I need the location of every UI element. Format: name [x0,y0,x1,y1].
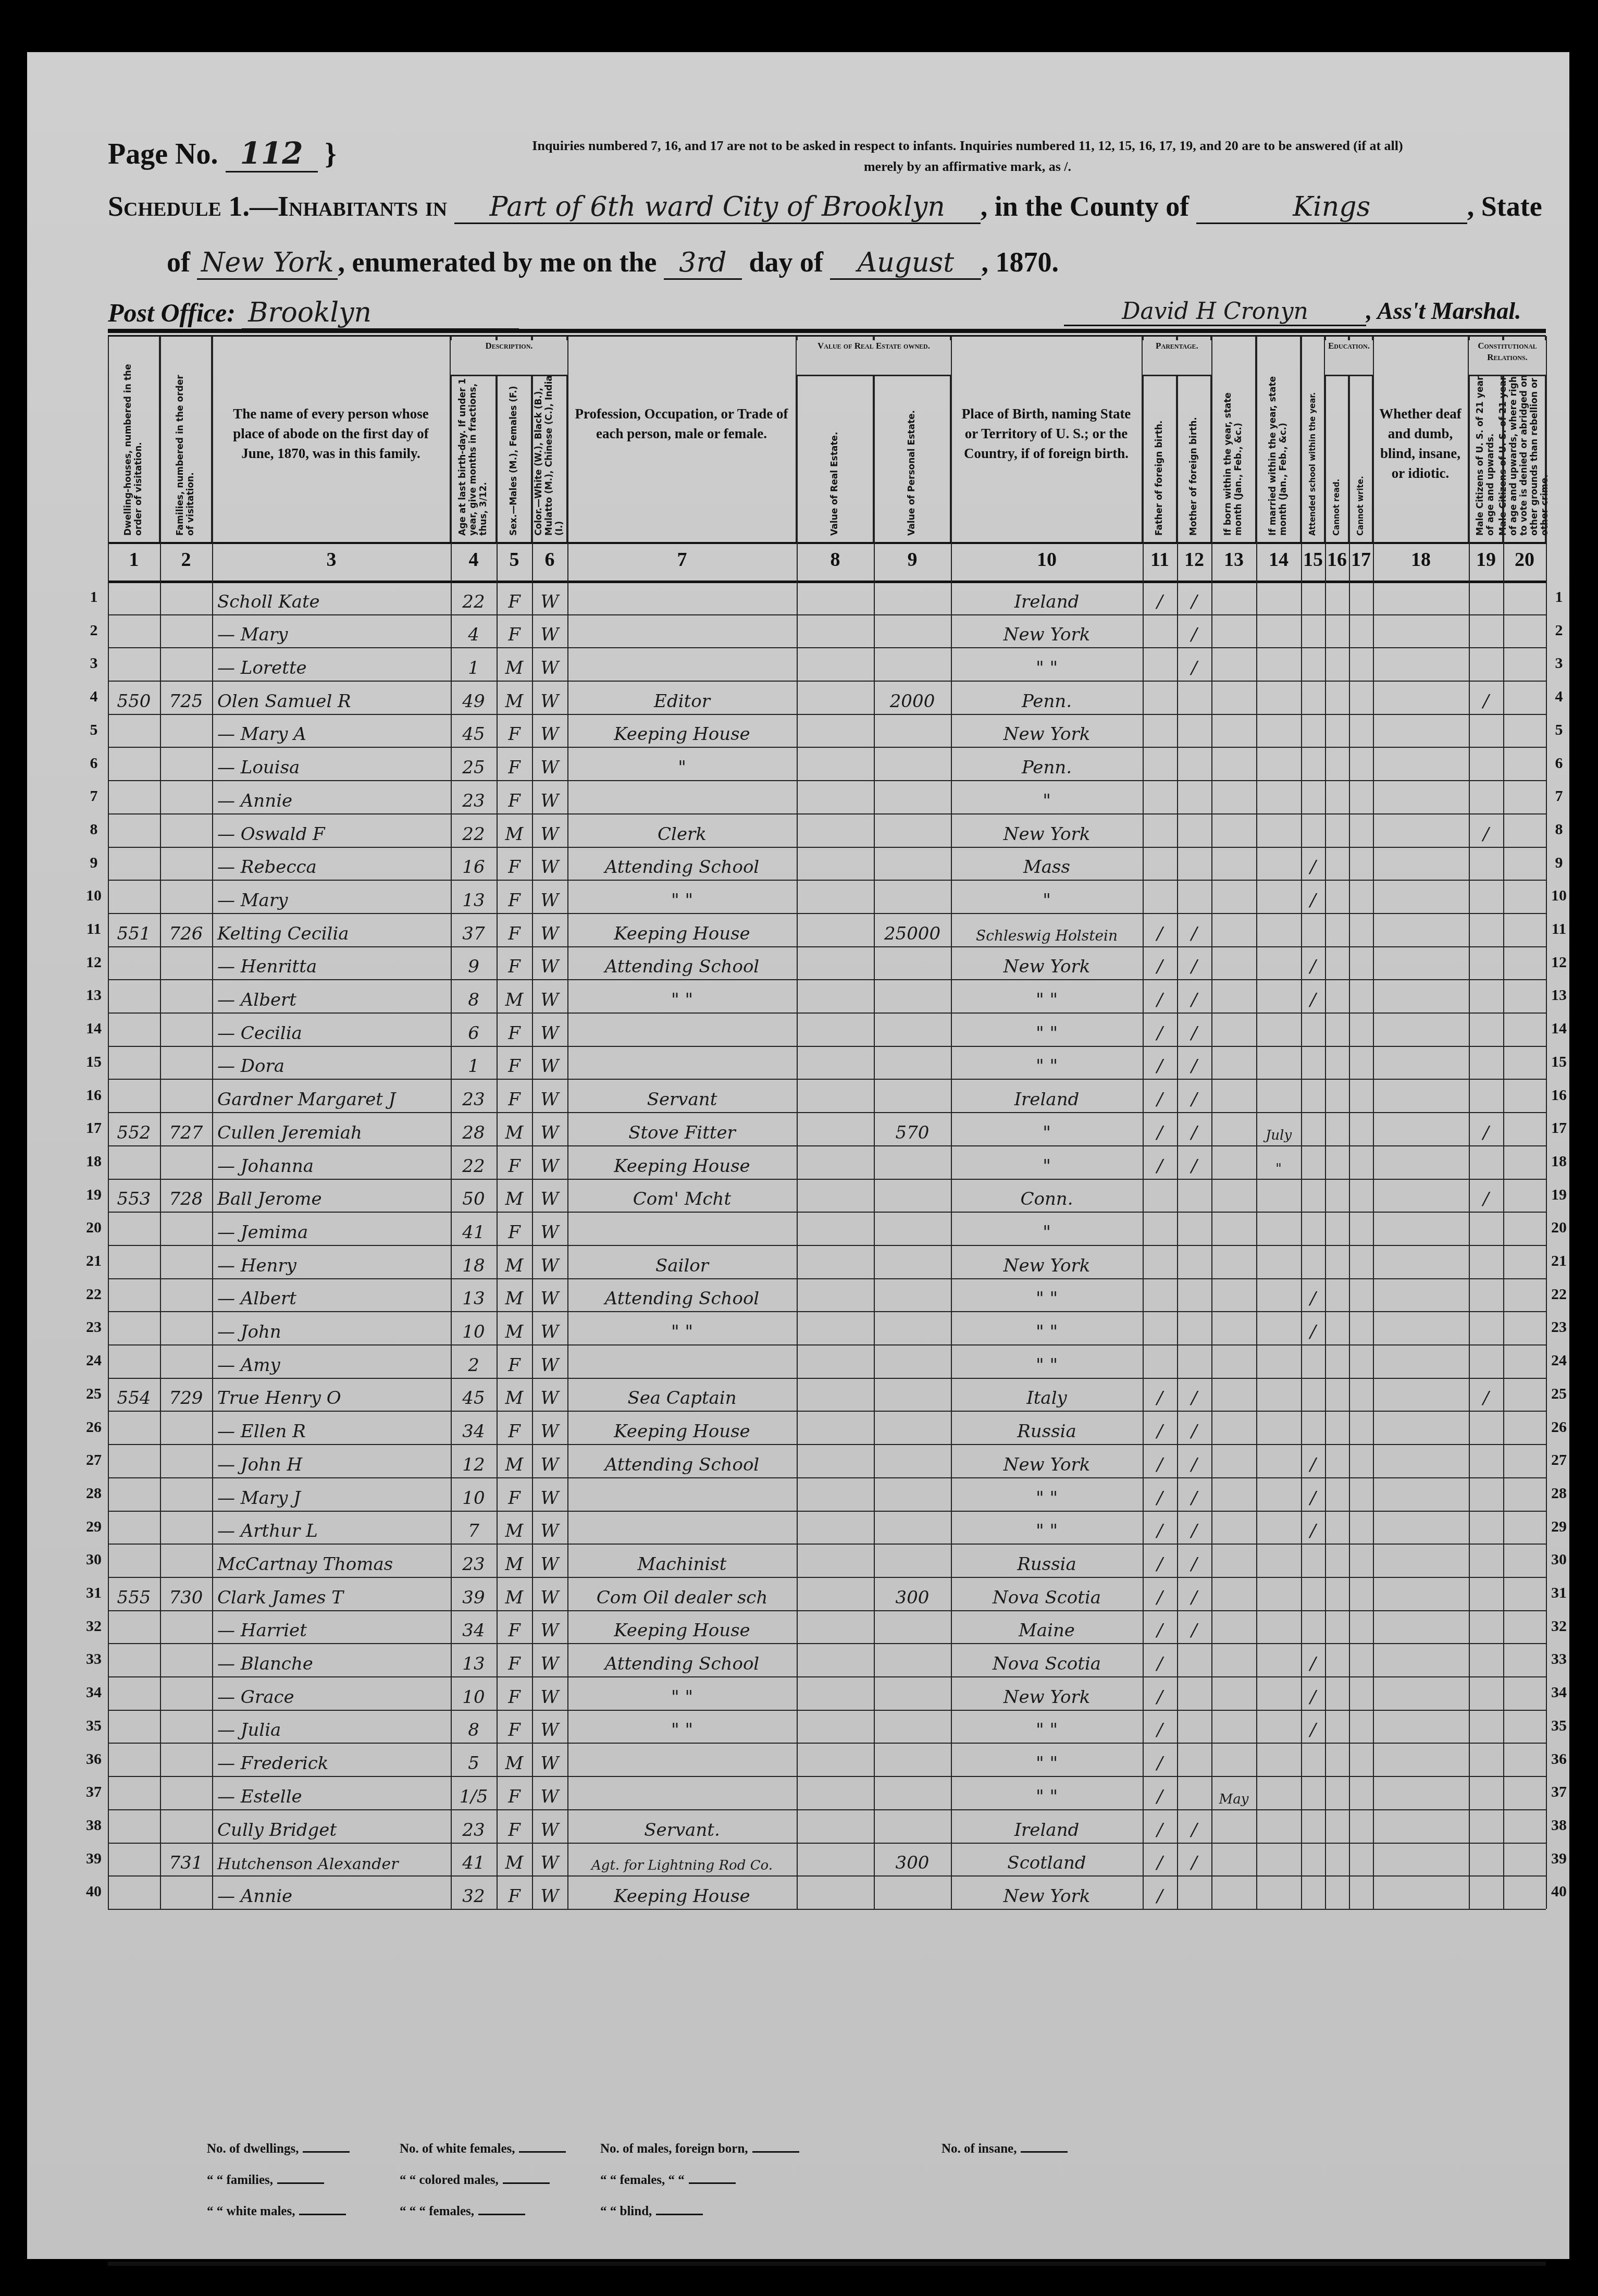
cell-mother-foreign [1177,1344,1211,1378]
cell-dwelling [108,813,160,847]
top-rule [108,329,1546,333]
cell-denied [1503,1311,1546,1344]
line-number: 40 [83,1883,104,1900]
cell-mother-foreign [1177,1245,1211,1278]
cell-birthplace: " " [951,1477,1143,1511]
cell-family [160,1710,212,1743]
cell-denied [1503,581,1546,614]
cell-citizen [1469,714,1503,747]
cell-citizen [1469,1013,1503,1046]
column-header-10: Place of Birth, naming State or Territor… [951,336,1143,542]
cell-personal-estate [874,1079,951,1113]
cell-married-month [1256,1278,1301,1312]
cell-color: W [532,946,567,980]
cell-cannot-write [1349,1278,1373,1312]
cell-personal-estate [874,1378,951,1411]
cell-name: — Blanche [212,1643,451,1676]
cell-infirmity [1373,1477,1469,1511]
column-rule [108,336,109,1909]
cell-color: W [532,1079,567,1113]
cell-birthplace: New York [951,614,1143,648]
line-number: 37 [1549,1783,1569,1801]
line-number: 18 [1549,1153,1569,1170]
cell-birthplace: New York [951,1444,1143,1477]
line-number: 39 [1549,1850,1569,1868]
cell-personal-estate [874,1245,951,1278]
line-number: 19 [1549,1186,1569,1204]
table-row: 553728Ball Jerome50MWCom' MchtConn./ [108,1179,1546,1213]
cell-school: / [1301,880,1325,913]
cell-infirmity [1373,1212,1469,1245]
enumerated-label: , enumerated by me on the [338,246,656,278]
cell-born-month [1211,1046,1256,1079]
cell-birthplace: " " [951,1743,1143,1776]
cell-dwelling: 554 [108,1378,160,1411]
cell-occupation: " " [567,1311,797,1344]
cell-dwelling [108,979,160,1013]
cell-name: — Lorette [212,647,451,681]
cell-mother-foreign [1177,1710,1211,1743]
cell-born-month [1211,714,1256,747]
line-number: 16 [83,1087,104,1104]
cell-birthplace: New York [951,1875,1143,1909]
cell-mother-foreign [1177,1278,1211,1312]
cell-birthplace: " " [951,1511,1143,1544]
column-rule [797,336,798,1909]
cell-dwelling [108,647,160,681]
cell-age: 39 [451,1577,497,1610]
cell-age: 45 [451,1378,497,1411]
column-number: 9 [874,548,951,571]
cell-birthplace: Nova Scotia [951,1577,1143,1610]
cell-denied [1503,913,1546,946]
cell-age: 13 [451,1278,497,1312]
marshal-label: , Ass't Marshal. [1366,298,1521,324]
cell-age: 12 [451,1444,497,1477]
line-number: 33 [83,1650,104,1668]
cell-real-estate [797,1776,874,1809]
cell-real-estate [797,1809,874,1843]
cell-cannot-read [1325,1843,1349,1876]
cell-cannot-read [1325,1378,1349,1411]
cell-name: — Jemima [212,1212,451,1245]
cell-married-month [1256,1079,1301,1113]
cell-denied [1503,1079,1546,1113]
cell-cannot-read [1325,1411,1349,1445]
cell-infirmity [1373,1676,1469,1710]
cell-real-estate [797,880,874,913]
cell-real-estate [797,1444,874,1477]
cell-father-foreign: / [1143,1743,1177,1776]
column-header-18: Whether deaf and dumb, blind, insane, or… [1373,336,1469,542]
column-group-description: Description. [451,340,567,376]
cell-school [1301,1046,1325,1079]
line-number: 2 [1549,622,1569,639]
cell-school [1301,1776,1325,1809]
cell-sex: F [497,1776,532,1809]
column-header-label: If married within the year, state month … [1268,364,1289,536]
cell-personal-estate [874,1511,951,1544]
cell-name: — Mary [212,880,451,913]
cell-mother-foreign [1177,1776,1211,1809]
cell-sex: F [497,946,532,980]
cell-name: — Louisa [212,747,451,781]
instructions-notice: Inquiries numbered 7, 16, and 17 are not… [387,135,1549,177]
cell-sex: M [497,813,532,847]
cell-real-estate [797,1046,874,1079]
cell-school [1301,1344,1325,1378]
cell-name: — Johanna [212,1145,451,1179]
cell-born-month [1211,946,1256,980]
cell-family [160,1444,212,1477]
cell-personal-estate [874,714,951,747]
cell-cannot-write [1349,647,1373,681]
table-row: — Annie32FWKeeping HouseNew York/ [108,1875,1546,1910]
cell-school [1301,780,1325,813]
cell-age: 34 [451,1610,497,1644]
cell-father-foreign: / [1143,1145,1177,1179]
cell-born-month [1211,1245,1256,1278]
cell-name: — Albert [212,979,451,1013]
cell-real-estate [797,681,874,714]
cell-cannot-write [1349,1311,1373,1344]
line-number: 14 [1549,1020,1569,1038]
cell-name: — Harriet [212,1610,451,1644]
cell-occupation: Editor [567,681,797,714]
cell-family [160,979,212,1013]
cell-family: 730 [160,1577,212,1610]
line-number: 17 [83,1119,104,1137]
line-number: 37 [83,1783,104,1801]
cell-married-month [1256,1378,1301,1411]
page-number-value: 112 [226,135,318,172]
cell-citizen [1469,1511,1503,1544]
cell-age: 8 [451,1710,497,1743]
cell-occupation [567,1046,797,1079]
cell-color: W [532,647,567,681]
tally-foreign-males: No. of males, foreign born, [600,2142,799,2156]
table-row: — Johanna22FWKeeping House"//" [108,1145,1546,1180]
cell-married-month [1256,813,1301,847]
cell-father-foreign [1143,747,1177,781]
line-number: 27 [1549,1451,1569,1469]
cell-mother-foreign: / [1177,647,1211,681]
line-number: 16 [1549,1087,1569,1104]
cell-birthplace: " " [951,1311,1143,1344]
table-row: 552727Cullen Jeremiah28MWStove Fitter570… [108,1112,1546,1146]
cell-infirmity [1373,681,1469,714]
table-row: — Julia8FW" "" "// [108,1710,1546,1744]
cell-citizen [1469,847,1503,880]
cell-father-foreign: / [1143,1112,1177,1145]
cell-personal-estate [874,1212,951,1245]
table-row: Gardner Margaret J23FWServantIreland// [108,1079,1546,1114]
cell-family [160,813,212,847]
cell-cannot-write [1349,1743,1373,1776]
cell-occupation: Keeping House [567,1145,797,1179]
cell-cannot-read [1325,813,1349,847]
schedule-label: Schedule 1.—Inhabitants in [108,191,447,222]
line-number: 15 [83,1053,104,1071]
column-rule [212,336,213,1909]
cell-mother-foreign: / [1177,1046,1211,1079]
cell-denied [1503,1511,1546,1544]
cell-personal-estate [874,1743,951,1776]
cell-dwelling [108,1875,160,1909]
column-group-real-estate: Value of Real Estate owned. [797,340,951,376]
cell-age: 1/5 [451,1776,497,1809]
tally-footer: No. of dwellings, “ “ families, “ “ whit… [108,2131,1546,2282]
cell-personal-estate: 300 [874,1843,951,1876]
cell-occupation: Servant. [567,1809,797,1843]
cell-married-month [1256,1743,1301,1776]
cell-name: Ball Jerome [212,1179,451,1212]
column-numbers: 1234567891011121314151617181920 [108,542,1546,583]
cell-age: 1 [451,647,497,681]
cell-cannot-read [1325,581,1349,614]
cell-occupation: Servant [567,1079,797,1113]
cell-citizen [1469,1212,1503,1245]
column-number: 15 [1301,548,1325,571]
cell-citizen [1469,1444,1503,1477]
cell-born-month [1211,1843,1256,1876]
cell-denied [1503,946,1546,980]
cell-occupation [567,1013,797,1046]
cell-cannot-write [1349,1511,1373,1544]
line-number: 38 [83,1817,104,1834]
column-number: 19 [1469,548,1503,571]
cell-cannot-write [1349,780,1373,813]
cell-sex: F [497,1643,532,1676]
cell-family [160,747,212,781]
line-number: 30 [83,1551,104,1569]
cell-married-month [1256,1477,1301,1511]
cell-birthplace: Russia [951,1544,1143,1577]
line-number: 20 [83,1219,104,1237]
cell-father-foreign: / [1143,1843,1177,1876]
column-rule [1301,336,1302,1909]
column-number: 14 [1256,548,1301,571]
line-number: 11 [83,920,104,938]
cell-married-month [1256,1610,1301,1644]
line-number: 10 [1549,887,1569,905]
cell-occupation [567,1743,797,1776]
column-header-label: Color.—White (W.), Black (B.), Mulatto (… [534,364,565,536]
cell-school [1301,913,1325,946]
column-header-13: If born within the year, state month (Ja… [1211,336,1256,542]
cell-age: 9 [451,946,497,980]
line-number: 13 [83,986,104,1004]
cell-dwelling: 551 [108,913,160,946]
cell-real-estate [797,979,874,1013]
cell-mother-foreign [1177,1743,1211,1776]
cell-dwelling [108,1743,160,1776]
table-row: — Dora1FW" "// [108,1046,1546,1080]
cell-school [1301,714,1325,747]
cell-cannot-write [1349,1710,1373,1743]
cell-school [1301,1245,1325,1278]
cell-color: W [532,1511,567,1544]
cell-sex: F [497,1411,532,1445]
cell-real-estate [797,913,874,946]
cell-real-estate [797,1378,874,1411]
cell-cannot-write [1349,1643,1373,1676]
cell-cannot-write [1349,1245,1373,1278]
column-header-label: Families, numbered in the order of visit… [175,364,196,536]
cell-school: / [1301,1710,1325,1743]
cell-sex: F [497,913,532,946]
cell-name: — Henritta [212,946,451,980]
cell-dwelling [108,1643,160,1676]
cell-school: / [1301,946,1325,980]
cell-denied [1503,780,1546,813]
cell-family [160,880,212,913]
cell-mother-foreign: / [1177,1079,1211,1113]
cell-infirmity [1373,647,1469,681]
cell-father-foreign [1143,880,1177,913]
cell-married-month [1256,1843,1301,1876]
cell-real-estate [797,1710,874,1743]
cell-father-foreign [1143,1344,1177,1378]
column-header-2: Families, numbered in the order of visit… [160,336,212,542]
cell-born-month [1211,780,1256,813]
cell-occupation [567,1344,797,1378]
cell-age: 10 [451,1311,497,1344]
cell-age: 49 [451,681,497,714]
cell-married-month [1256,747,1301,781]
cell-denied [1503,1344,1546,1378]
table-row: — Albert13MWAttending School" "/ [108,1278,1546,1313]
cell-real-estate [797,813,874,847]
table-row: — Mary J10FW" "/// [108,1477,1546,1512]
cell-infirmity [1373,913,1469,946]
cell-denied [1503,1245,1546,1278]
cell-born-month [1211,1511,1256,1544]
cell-dwelling: 552 [108,1112,160,1145]
column-rule [1143,336,1144,1909]
cell-citizen [1469,614,1503,648]
cell-married-month [1256,1013,1301,1046]
line-number: 4 [83,688,104,706]
cell-name: Gardner Margaret J [212,1079,451,1113]
tally-white-females: No. of white females, [400,2142,566,2156]
line-number: 29 [83,1518,104,1536]
line-number: 32 [1549,1618,1569,1635]
cell-age: 28 [451,1112,497,1145]
cell-mother-foreign [1177,1179,1211,1212]
cell-father-foreign: / [1143,1710,1177,1743]
cell-cannot-read [1325,1311,1349,1344]
cell-age: 13 [451,880,497,913]
cell-personal-estate [874,1278,951,1312]
cell-cannot-read [1325,780,1349,813]
cell-dwelling [108,1344,160,1378]
line-number: 40 [1549,1883,1569,1900]
cell-age: 45 [451,714,497,747]
cell-cannot-write [1349,979,1373,1013]
cell-married-month [1256,714,1301,747]
cell-cannot-read [1325,1710,1349,1743]
cell-father-foreign: / [1143,1013,1177,1046]
cell-denied [1503,1843,1546,1876]
cell-mother-foreign [1177,747,1211,781]
cell-married-month [1256,1245,1301,1278]
cell-cannot-write [1349,913,1373,946]
column-rule [1325,336,1326,1909]
cell-family [160,1212,212,1245]
cell-dwelling [108,1511,160,1544]
cell-color: W [532,1577,567,1610]
cell-color: W [532,1145,567,1179]
cell-occupation: Keeping House [567,1875,797,1909]
cell-denied [1503,1212,1546,1245]
cell-denied [1503,1875,1546,1909]
cell-mother-foreign [1177,1212,1211,1245]
column-rule [1177,336,1178,1909]
cell-cannot-read [1325,1743,1349,1776]
cell-cannot-write [1349,614,1373,648]
cell-dwelling [108,1212,160,1245]
marshal-line: David H Cronyn, Ass't Marshal. [1064,297,1521,326]
column-header-1: Dwelling-houses, numbered in the order o… [108,336,160,542]
cell-sex: M [497,647,532,681]
cell-real-estate [797,1843,874,1876]
cell-married-month [1256,1344,1301,1378]
cell-sex: F [497,847,532,880]
cell-name: — Arthur L [212,1511,451,1544]
cell-school: / [1301,1643,1325,1676]
cell-mother-foreign: / [1177,979,1211,1013]
cell-school [1301,1577,1325,1610]
cell-born-month [1211,747,1256,781]
cell-born-month [1211,1610,1256,1644]
cell-cannot-write [1349,813,1373,847]
cell-mother-foreign: / [1177,1577,1211,1610]
cell-real-estate [797,1112,874,1145]
cell-mother-foreign: / [1177,1809,1211,1843]
cell-age: 7 [451,1511,497,1544]
cell-name: — Oswald F [212,813,451,847]
cell-dwelling [108,1245,160,1278]
cell-family [160,847,212,880]
cell-dwelling [108,581,160,614]
cell-citizen: / [1469,681,1503,714]
cell-cannot-write [1349,1875,1373,1909]
cell-real-estate [797,1179,874,1212]
cell-birthplace: Nova Scotia [951,1643,1143,1676]
cell-age: 41 [451,1843,497,1876]
cell-birthplace: New York [951,813,1143,847]
cell-cannot-read [1325,1013,1349,1046]
cell-denied [1503,813,1546,847]
cell-birthplace: Ireland [951,1809,1143,1843]
cell-occupation: Agt. for Lightning Rod Co. [567,1843,797,1876]
cell-citizen [1469,780,1503,813]
cell-age: 22 [451,581,497,614]
column-number: 17 [1349,548,1373,571]
line-number: 25 [83,1385,104,1403]
cell-cannot-write [1349,1477,1373,1511]
column-group-constitutional: Constitutional Relations. [1469,340,1546,376]
cell-birthplace: " [951,780,1143,813]
cell-family [160,1477,212,1511]
cell-born-month [1211,1112,1256,1145]
cell-father-foreign [1143,614,1177,648]
of-label: of [167,246,190,278]
column-header-14: If married within the year, state month … [1256,336,1301,542]
column-header-label: Father of foreign birth. [1154,364,1165,536]
column-header-label: Age at last birth-day. If under 1 year, … [457,364,489,536]
